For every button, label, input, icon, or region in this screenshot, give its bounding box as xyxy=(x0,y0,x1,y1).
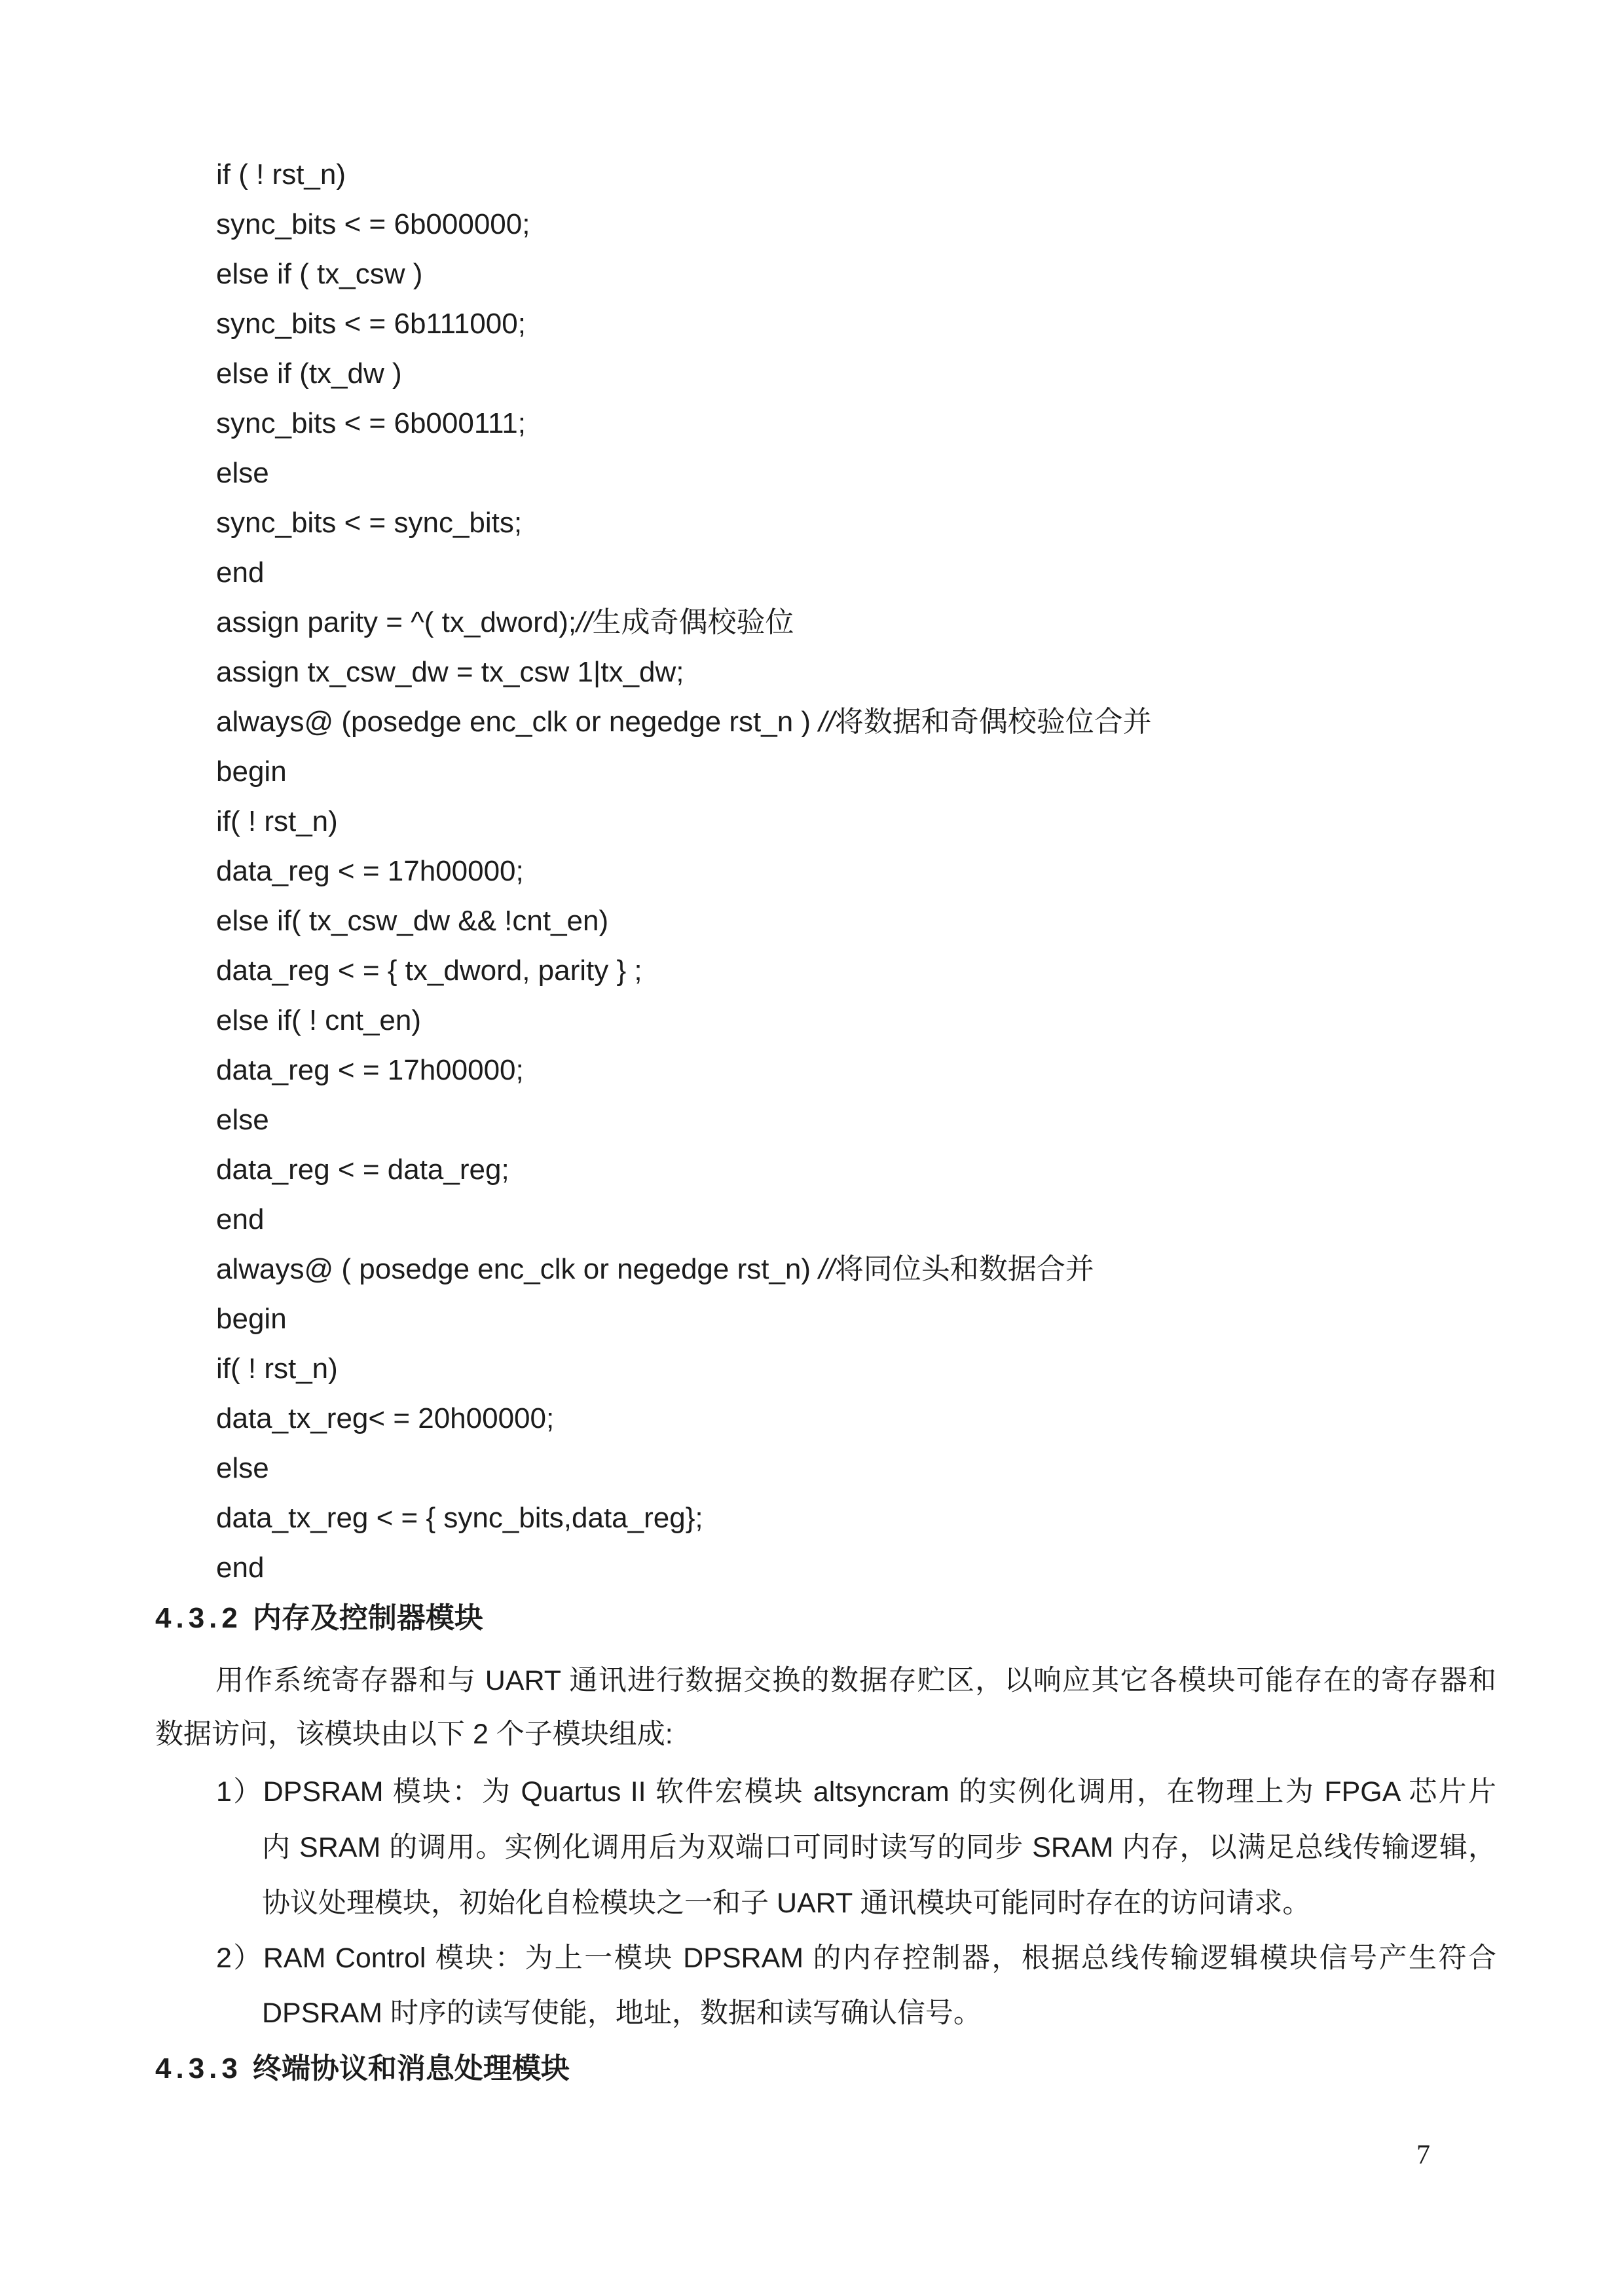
code-text: data_reg < = { tx_dword, parity } ; xyxy=(216,955,642,987)
code-line: sync_bits < = 6b111000; xyxy=(216,299,1526,349)
list-item-line: DPSRAM 时序的读写使能，地址，数据和读写确认信号。 xyxy=(262,1986,1496,2041)
code-text: end xyxy=(216,1203,264,1235)
code-text: if( ! rst_n) xyxy=(216,805,338,837)
code-line: end xyxy=(216,548,1526,598)
code-line: assign parity = ^( tx_dword);//生成奇偶校验位 xyxy=(216,598,1526,647)
code-text: if( ! rst_n) xyxy=(216,1353,338,1385)
code-text: else if ( tx_csw ) xyxy=(216,258,422,290)
section-title: 内存及控制器模块 xyxy=(253,1602,483,1634)
code-text: begin xyxy=(216,1303,287,1335)
code-line: assign tx_csw_dw = tx_csw 1|tx_dw; xyxy=(216,647,1526,697)
code-line: always@ (posedge enc_clk or negedge rst_… xyxy=(216,697,1526,747)
code-line: data_tx_reg < = { sync_bits,data_reg}; xyxy=(216,1493,1526,1543)
code-text: sync_bits < = sync_bits; xyxy=(216,507,522,539)
code-text: assign parity = ^( tx_dword); xyxy=(216,606,576,638)
section-heading-4-3-3: 4.3.3终端协议和消息处理模块 xyxy=(155,2044,570,2094)
code-text: end xyxy=(216,556,264,589)
code-line: data_reg < = 17h00000; xyxy=(216,1046,1526,1095)
list-item-line: 1）DPSRAM 模块：为 Quartus II 软件宏模块 altsyncra… xyxy=(216,1764,1496,1820)
comment-slashes-icon: // xyxy=(576,606,592,638)
list-item-line: 2）RAM Control 模块：为上一模块 DPSRAM 的内存控制器，根据总… xyxy=(216,1931,1496,1986)
code-line: sync_bits < = 6b000111; xyxy=(216,399,1526,448)
code-text: end xyxy=(216,1552,264,1584)
list-item-dpsram: 1）DPSRAM 模块：为 Quartus II 软件宏模块 altsyncra… xyxy=(216,1764,1496,1931)
code-text: sync_bits < = 6b000111; xyxy=(216,407,526,439)
code-line: always@ ( posedge enc_clk or negedge rst… xyxy=(216,1245,1526,1294)
code-comment-text: 生成奇偶校验位 xyxy=(593,606,794,638)
code-text: else if (tx_dw ) xyxy=(216,357,402,390)
code-line: end xyxy=(216,1195,1526,1245)
code-line: sync_bits < = sync_bits; xyxy=(216,498,1526,548)
list-item-line: 内 SRAM 的调用。实例化调用后为双端口可同时读写的同步 SRAM 内存，以满… xyxy=(262,1820,1496,1876)
code-text: always@ ( posedge enc_clk or negedge rst… xyxy=(216,1253,819,1285)
code-line: else xyxy=(216,1444,1526,1493)
code-line: data_reg < = data_reg; xyxy=(216,1145,1526,1195)
comment-slashes-icon: // xyxy=(819,1253,834,1285)
code-text: sync_bits < = 6b000000; xyxy=(216,208,530,240)
code-line: begin xyxy=(216,747,1526,797)
section-heading-4-3-2: 4.3.2内存及控制器模块 xyxy=(155,1594,483,1643)
code-text: else xyxy=(216,1104,269,1136)
code-text: else if( ! cnt_en) xyxy=(216,1004,421,1036)
paragraph-line: 数据访问，该模块由以下 2 个子模块组成: xyxy=(155,1707,1496,1761)
paragraph-line: 用作系统寄存器和与 UART 通讯进行数据交换的数据存贮区，以响应其它各模块可能… xyxy=(155,1654,1496,1707)
paragraph-module-description: 用作系统寄存器和与 UART 通讯进行数据交换的数据存贮区，以响应其它各模块可能… xyxy=(155,1654,1496,1761)
code-text: else xyxy=(216,1452,269,1484)
code-text: data_tx_reg< = 20h00000; xyxy=(216,1402,554,1434)
code-text: else xyxy=(216,457,269,489)
code-line: data_reg < = { tx_dword, parity } ; xyxy=(216,946,1526,996)
code-text: data_reg < = 17h00000; xyxy=(216,855,524,887)
code-text: else if( tx_csw_dw && !cnt_en) xyxy=(216,905,608,937)
section-number: 4.3.3 xyxy=(155,2052,242,2085)
section-title: 终端协议和消息处理模块 xyxy=(253,2052,570,2085)
code-line: end xyxy=(216,1543,1526,1593)
code-line: sync_bits < = 6b000000; xyxy=(216,200,1526,249)
code-text: data_reg < = data_reg; xyxy=(216,1154,509,1186)
code-text: data_reg < = 17h00000; xyxy=(216,1054,524,1086)
code-line: if ( ! rst_n) xyxy=(216,150,1526,200)
code-line: else xyxy=(216,1095,1526,1145)
code-line: data_tx_reg< = 20h00000; xyxy=(216,1394,1526,1444)
code-text: begin xyxy=(216,756,287,788)
page-number: 7 xyxy=(1416,2136,1456,2175)
code-text: assign tx_csw_dw = tx_csw 1|tx_dw; xyxy=(216,656,684,688)
code-line: begin xyxy=(216,1294,1526,1344)
list-item-line: 协议处理模块，初始化自检模块之一和子 UART 通讯模块可能同时存在的访问请求。 xyxy=(262,1876,1496,1931)
code-comment-text: 将数据和奇偶校验位合并 xyxy=(835,706,1152,738)
section-number: 4.3.2 xyxy=(155,1602,242,1634)
document-page: if ( ! rst_n) sync_bits < = 6b000000; el… xyxy=(0,0,1624,2296)
code-line: else if ( tx_csw ) xyxy=(216,249,1526,299)
code-line: else if( ! cnt_en) xyxy=(216,996,1526,1046)
code-text: always@ (posedge enc_clk or negedge rst_… xyxy=(216,706,819,738)
code-line: if( ! rst_n) xyxy=(216,797,1526,847)
verilog-code-block: if ( ! rst_n) sync_bits < = 6b000000; el… xyxy=(216,150,1526,1593)
code-text: data_tx_reg < = { sync_bits,data_reg}; xyxy=(216,1502,703,1534)
code-line: data_reg < = 17h00000; xyxy=(216,847,1526,896)
code-comment-text: 将同位头和数据合并 xyxy=(835,1253,1094,1285)
code-line: if( ! rst_n) xyxy=(216,1344,1526,1394)
code-text: sync_bits < = 6b111000; xyxy=(216,308,526,340)
comment-slashes-icon: // xyxy=(819,706,834,738)
code-line: else if( tx_csw_dw && !cnt_en) xyxy=(216,896,1526,946)
list-item-ram-control: 2）RAM Control 模块：为上一模块 DPSRAM 的内存控制器，根据总… xyxy=(216,1931,1496,2041)
code-line: else if (tx_dw ) xyxy=(216,349,1526,399)
code-text: if ( ! rst_n) xyxy=(216,158,346,191)
code-line: else xyxy=(216,448,1526,498)
